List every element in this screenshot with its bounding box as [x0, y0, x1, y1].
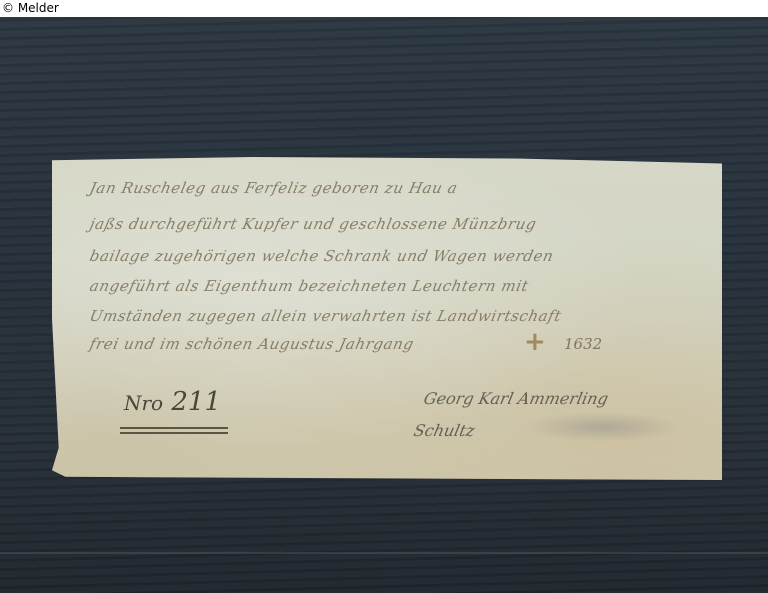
script-line-4: angeführt als Eigenthum bezeichneten Leu…: [88, 277, 530, 295]
document-photo: Jan Ruscheleg aus Ferfeliz geboren zu Ha…: [0, 17, 768, 593]
ink-smudge: [522, 412, 682, 442]
script-line-6: frei und im schönen Augustus Jahrgang: [88, 335, 416, 353]
document-year: 1632: [564, 335, 602, 353]
cross-mark-icon: +: [524, 329, 546, 355]
script-line-2: jaßs durchgeführt Kupfer und geschlossen…: [88, 215, 538, 233]
signature-line-1: Georg Karl Ammerling: [422, 389, 610, 408]
document-number: Nro 211: [124, 387, 221, 417]
number-underline: [120, 432, 228, 434]
board-seam: [0, 552, 768, 554]
number-underline: [120, 427, 228, 429]
handwritten-document: Jan Ruscheleg aus Ferfeliz geboren zu Ha…: [52, 157, 722, 480]
signature-line-2: Schultz: [412, 421, 477, 440]
photo-credit: © Melder: [0, 0, 768, 17]
script-line-3: bailage zugehörigen welche Schrank und W…: [88, 247, 555, 265]
script-line-1: Jan Ruscheleg aus Ferfeliz geboren zu Ha…: [88, 179, 459, 197]
script-line-5: Umständen zugegen allein verwahrten ist …: [88, 307, 563, 325]
number-prefix: Nro: [124, 391, 163, 415]
number-value: 211: [171, 387, 221, 417]
